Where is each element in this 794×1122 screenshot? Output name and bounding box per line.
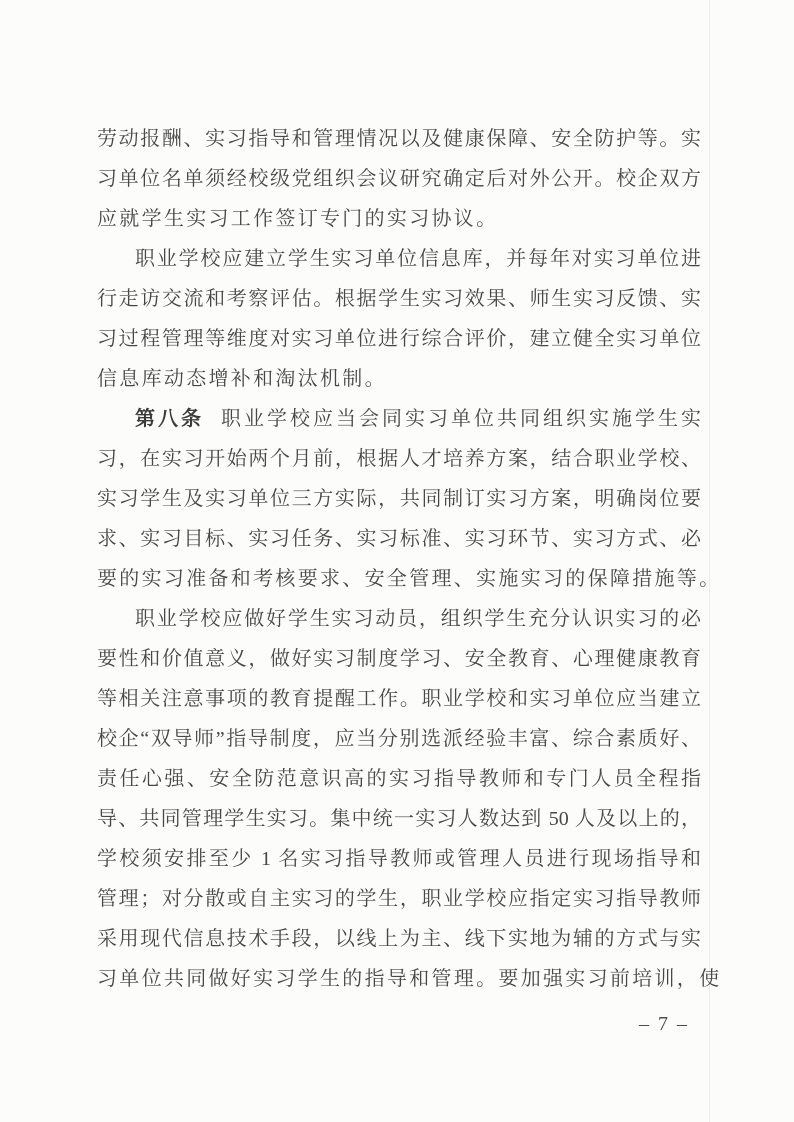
text-line: 要的实习准备和考核要求、安全管理、实施实习的保障措施等。: [97, 559, 701, 599]
text-line: 要性和价值意义，做好实习制度学习、安全教育、心理健康教育: [97, 639, 701, 679]
text-line: 采用现代信息技术手段，以线上为主、线下实地为辅的方式与实: [97, 919, 701, 959]
text-line: 习单位共同做好实习学生的指导和管理。要加强实习前培训，使: [97, 959, 701, 999]
text-line: 校企“双导师”指导制度，应当分别选派经验丰富、综合素质好、: [97, 719, 701, 759]
text-line: 管理；对分散或自主实习的学生，职业学校应指定实习指导教师: [97, 879, 701, 919]
scan-crease-artifact: [709, 0, 710, 1122]
paragraph: 职业学校应建立学生实习单位信息库，并每年对实习单位进行走访交流和考察评估。根据学…: [97, 239, 701, 399]
text-line: 责任心强、安全防范意识高的实习指导教师和专门人员全程指: [97, 759, 701, 799]
document-body-text: 劳动报酬、实习指导和管理情况以及健康保障、安全防护等。实习单位名单须经校级党组织…: [97, 119, 701, 999]
text-line: 学校须安排至少 1 名实习指导教师或管理人员进行现场指导和: [97, 839, 701, 879]
text-line: 等相关注意事项的教育提醒工作。职业学校和实习单位应当建立: [97, 679, 701, 719]
text-line: 实习学生及实习单位三方实际，共同制订实习方案，明确岗位要: [97, 479, 701, 519]
text-line: 导、共同管理学生实习。集中统一实习人数达到 50 人及以上的，: [97, 799, 701, 839]
page-number: – 7 –: [628, 1010, 700, 1038]
text-line: 行走访交流和考察评估。根据学生实习效果、师生实习反馈、实: [97, 279, 701, 319]
text-line: 应就学生实习工作签订专门的实习协议。: [97, 199, 701, 239]
paragraph: 第八条职业学校应当会同实习单位共同组织实施学生实习，在实习开始两个月前，根据人才…: [97, 399, 701, 599]
text-line: 习过程管理等维度对实习单位进行综合评价，建立健全实习单位: [97, 319, 701, 359]
text-line: 求、实习目标、实习任务、实习标准、实习环节、实习方式、必: [97, 519, 701, 559]
text-line: 职业学校应建立学生实习单位信息库，并每年对实习单位进: [97, 239, 701, 279]
article-heading: 第八条: [135, 408, 204, 430]
scanned-document-page: 劳动报酬、实习指导和管理情况以及健康保障、安全防护等。实习单位名单须经校级党组织…: [0, 0, 794, 1122]
paragraph: 职业学校应做好学生实习动员，组织学生充分认识实习的必要性和价值意义，做好实习制度…: [97, 599, 701, 999]
text-line: 劳动报酬、实习指导和管理情况以及健康保障、安全防护等。实: [97, 119, 701, 159]
text-line: 信息库动态增补和淘汰机制。: [97, 359, 701, 399]
text-line: 职业学校应做好学生实习动员，组织学生充分认识实习的必: [97, 599, 701, 639]
text-line: 第八条职业学校应当会同实习单位共同组织实施学生实: [97, 399, 701, 439]
text-line: 习单位名单须经校级党组织会议研究确定后对外公开。校企双方: [97, 159, 701, 199]
text-line: 习，在实习开始两个月前，根据人才培养方案，结合职业学校、: [97, 439, 701, 479]
paragraph: 劳动报酬、实习指导和管理情况以及健康保障、安全防护等。实习单位名单须经校级党组织…: [97, 119, 701, 239]
